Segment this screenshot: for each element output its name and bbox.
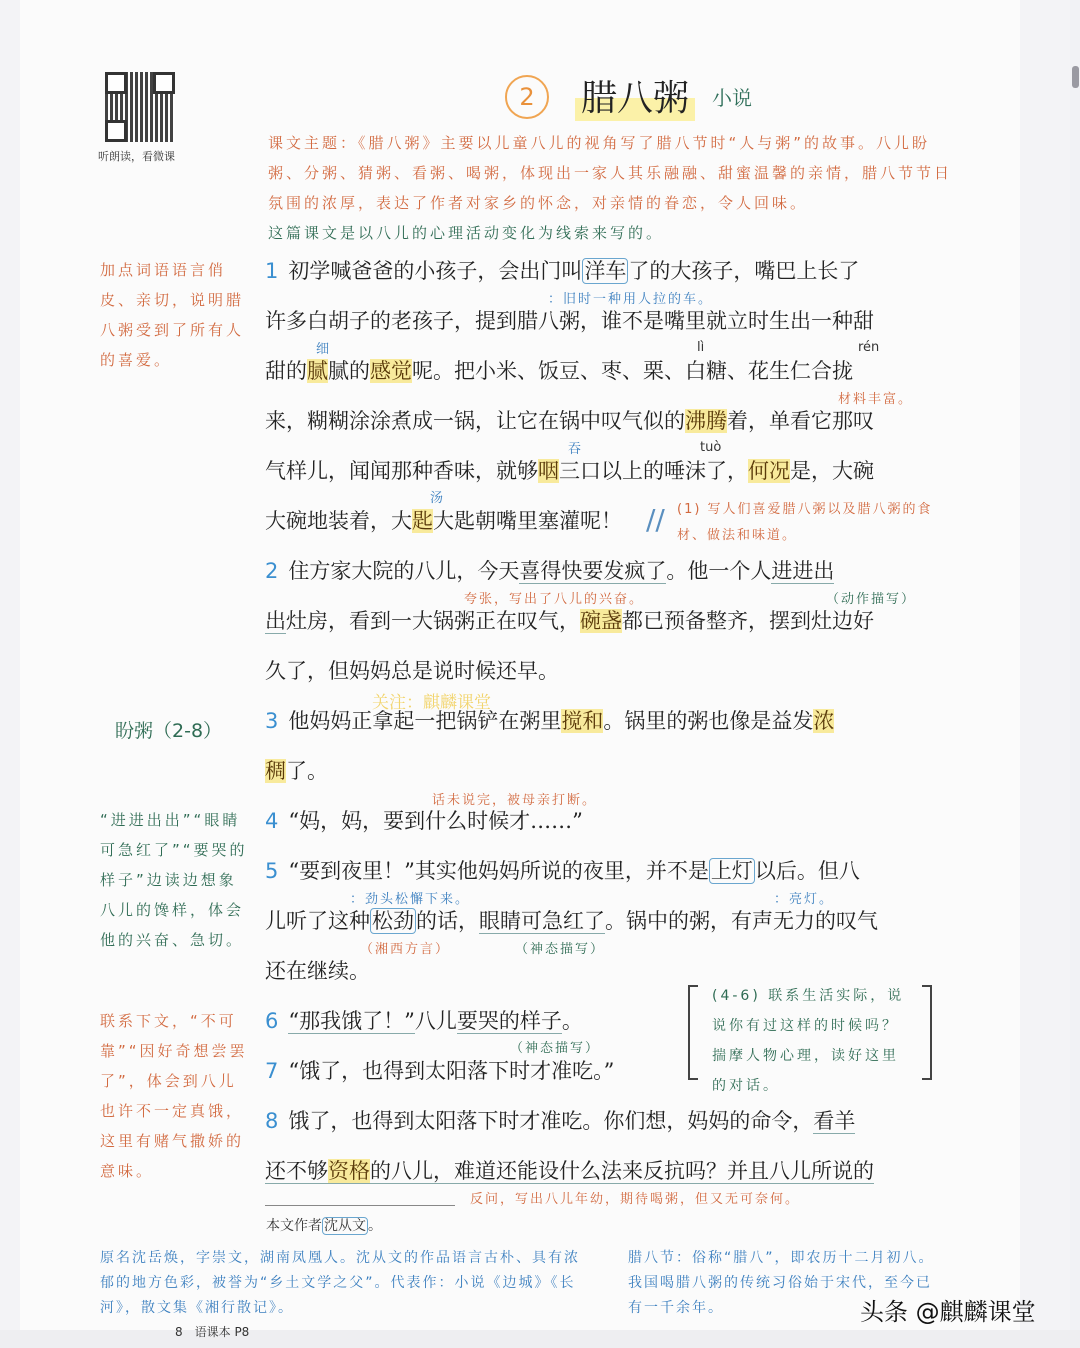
- note-action: （动作描写）: [826, 588, 916, 607]
- highlight-word: 沸腾: [685, 409, 727, 433]
- text: 大匙朝嘴里塞灌呢！: [433, 509, 622, 533]
- underlined-phrase: 进进出: [771, 559, 834, 584]
- text: 着，单看它那叹: [727, 409, 874, 433]
- bottom-band: [0, 1330, 1080, 1348]
- summary-note-1: (1) 写人们喜爱腊八粥以及腊八粥的食材、做法和味道。: [677, 497, 937, 549]
- text: 腻的: [328, 359, 370, 383]
- paragraph-number: 4: [265, 809, 278, 833]
- highlight-word: 搅和: [561, 709, 603, 733]
- underlined-phrase: 要哭的样子: [457, 1009, 562, 1034]
- side-note-1: 加点词语语言俏皮、亲切，说明腊八粥受到了所有人的喜爱。: [100, 255, 250, 375]
- p1-line-3: 甜的腻腻的感觉呢。把小米、饭豆、枣、栗、白糖、花生仁合拢: [265, 346, 930, 396]
- text: 。: [562, 1009, 583, 1033]
- scrollbar[interactable]: [1070, 0, 1080, 1348]
- lesson-title: 腊八粥: [575, 70, 695, 121]
- toutiao-watermark: 头条 @麒麟课堂: [860, 1292, 1036, 1327]
- text: “妈，妈，要到什么时候才……”: [288, 809, 582, 833]
- genre-label: 小说: [712, 82, 752, 111]
- section-label: 盼粥（2-8）: [115, 716, 222, 743]
- author-label: 本文作者: [266, 1218, 322, 1234]
- pinyin-li: lì: [697, 340, 704, 355]
- highlight-word: 浓: [813, 709, 834, 733]
- gloss-shangdeng: ：亮灯。: [774, 888, 834, 907]
- paragraph-number: 5: [265, 859, 278, 883]
- paragraph-6: 6“那我饿了！”八儿要哭的样子。: [265, 996, 695, 1046]
- paragraph-8: 8饿了，也得到太阳落下时才准吃。你们想，妈妈的命令，看羊 还不够资格的八儿，难道…: [265, 1096, 930, 1196]
- p1-line-4: 来，糊糊涂涂煮成一锅，让它在锅中叹气似的沸腾着，单看它那叹: [265, 396, 930, 446]
- gloss-yangche: ：旧时一种用人拉的车。: [548, 288, 713, 307]
- paragraph-7: 7“饿了，也得到太阳落下时才准吃。”: [265, 1046, 695, 1096]
- text: 来，糊糊涂涂煮成一锅，让它在锅中叹气似的: [265, 409, 685, 433]
- underlined-phrase: 的八儿，难道还能设什么法来反抗吗？并且八儿所说的: [370, 1159, 874, 1184]
- p2-line-3: 久了，但妈妈总是说时候还早。: [265, 646, 930, 696]
- theme-note: 课文主题：《腊八粥》主要以儿童八儿的视角写了腊八节时“人与粥”的故事。八儿盼粥、…: [268, 128, 958, 248]
- paragraph-number: 1: [265, 259, 278, 283]
- text: “饿了，也得到太阳落下时才准吃。”: [288, 1059, 614, 1083]
- p6-line: 6“那我饿了！”八儿要哭的样子。: [265, 996, 695, 1046]
- bracket-note-text: (4-6) 联系生活实际，说说你有过这样的时候吗？揣摩人物心理，读好这里的对话。: [712, 981, 912, 1101]
- scroll-thumb[interactable]: [1072, 66, 1079, 88]
- p8-line-1: 8饿了，也得到太阳落下时才准吃。你们想，妈妈的命令，看羊: [265, 1096, 930, 1146]
- footnote-divider: [265, 1205, 455, 1206]
- text: 气样儿，闻闻那种香味，就够: [265, 459, 538, 483]
- highlight-word: 感觉: [370, 359, 412, 383]
- text: 是，大碗: [790, 459, 874, 483]
- section-divider-mark: //: [646, 503, 665, 536]
- highlight-word: 资格: [328, 1159, 370, 1184]
- p3-line-2: 稠了。: [265, 746, 930, 796]
- paragraph-2: 2住方家大院的八儿，今天喜得快要发疯了。他一个人进进出 出灶房，看到一大锅粥正在…: [265, 546, 930, 696]
- p1-line-5: 气样儿，闻闻那种香味，就够咽三口以上的唾沫了，何况是，大碗: [265, 446, 930, 496]
- paragraph-3: 3他妈妈正拿起一把锅铲在粥里搅和。锅里的粥也像是益发浓 稠了。: [265, 696, 930, 796]
- text: 甜的: [265, 359, 307, 383]
- paragraph-number: 6: [265, 1009, 278, 1033]
- ruby-yan: 吞: [568, 438, 583, 457]
- paragraph-number: 7: [265, 1059, 278, 1083]
- text: 初学喊爸爸的小孩子，会出门叫: [288, 259, 582, 283]
- text: 。: [368, 1218, 382, 1234]
- theme-note-text: 课文主题：《腊八粥》主要以儿童八儿的视角写了腊八节时“人与粥”的故事。八儿盼粥、…: [268, 134, 952, 212]
- qr-caption: 听朗读，看微课: [98, 148, 175, 164]
- underlined-phrase: 出: [265, 609, 286, 634]
- paragraph-number: 8: [265, 1109, 278, 1133]
- text: 大碗地装着，大: [265, 509, 412, 533]
- gloss-songjin: ：劲头松懈下来。: [350, 888, 470, 907]
- text: 八儿: [415, 1009, 457, 1033]
- underlined-phrase: “那我饿了！”: [288, 1009, 414, 1034]
- text: 呢。把小米、饭豆、枣、栗、白糖、花生仁合拢: [412, 359, 853, 383]
- highlight-word: 碗盏: [580, 609, 622, 633]
- highlight-word: 稠: [265, 759, 286, 783]
- bracket-note-box: (4-6) 联系生活实际，说说你有过这样的时候吗？揣摩人物心理，读好这里的对话。: [688, 985, 932, 1080]
- text: 。他一个人: [666, 559, 771, 583]
- note-rhetorical: 反问，写出八儿年幼，期待喝粥，但又无可奈何。: [470, 1188, 800, 1207]
- text: 饿了，也得到太阳落下时才准吃。你们想，妈妈的命令，: [288, 1109, 813, 1133]
- text: 三口以上的唾沫了，: [559, 459, 748, 483]
- text: 他妈妈正拿起一把锅铲在粥里: [288, 709, 561, 733]
- underlined-phrase: 眼睛可急红了: [479, 909, 605, 934]
- text: 以后。但八: [755, 859, 860, 883]
- author-line: 本文作者沈从文。: [266, 1215, 382, 1235]
- ruby-bi: 汤: [430, 487, 445, 506]
- boxed-word: 洋车: [582, 258, 628, 284]
- boxed-word: 上灯: [709, 858, 755, 884]
- text: 儿听了这种: [265, 909, 370, 933]
- paragraph-4: 4“妈，妈，要到什么时候才……”: [265, 796, 930, 846]
- paragraph-number: 3: [265, 709, 278, 733]
- pinyin-tuo: tuò: [700, 440, 721, 455]
- underlined-phrase: 喜得快要发疯了: [519, 559, 666, 584]
- ruby-ni: 细: [316, 338, 331, 357]
- highlight-word: 腻: [307, 359, 328, 383]
- note-exaggerate: 夸张，写出了八儿的兴奋。: [464, 588, 644, 607]
- pinyin-ren: rén: [858, 340, 879, 355]
- text: “要到夜里！”其实他妈妈所说的夜里，并不是: [288, 859, 708, 883]
- paragraph-5: 5“要到夜里！”其实他妈妈所说的夜里，并不是上灯以后。但八 儿听了这种松劲的话，…: [265, 846, 930, 996]
- structure-note: 这篇课文是以八儿的心理活动变化为线索来写的。: [268, 224, 664, 242]
- text: 都已预备整齐，摆到灶边好: [622, 609, 874, 633]
- p7-line: 7“饿了，也得到太阳落下时才准吃。”: [265, 1046, 695, 1096]
- underlined-phrase: 还不够: [265, 1159, 328, 1184]
- lesson-number-badge: 2: [505, 75, 549, 119]
- underlined-phrase: 看羊: [813, 1109, 855, 1134]
- text: 住方家大院的八儿，今天: [288, 559, 519, 583]
- text: 。锅里的粥也像是益发: [603, 709, 813, 733]
- note-expression: （神态描写）: [515, 938, 605, 957]
- side-note-3: 联系下文，“不可靠”“因好奇想尝罢了”，体会到八儿也许不一定真饿，这里有赌气撒娇…: [100, 1006, 250, 1186]
- side-note-2: “进进出出”“眼睛可急红了”“要哭的样子”边读边想象八儿的馋样，体会他的兴奋、急…: [100, 805, 250, 955]
- note-material: 材料丰富。: [838, 388, 913, 407]
- page-number: 8 语课本 P8: [175, 1323, 249, 1340]
- text: 灶房，看到一大锅粥正在叹气，: [286, 609, 580, 633]
- boxed-word: 松劲: [370, 908, 416, 934]
- text: 了的大孩子，嘴巴上长了: [628, 259, 859, 283]
- p4-line: 4“妈，妈，要到什么时候才……”: [265, 796, 930, 846]
- text: 了。: [286, 759, 328, 783]
- highlight-word: 咽: [538, 459, 559, 483]
- author-bio: 原名沈岳焕，字崇文，湖南凤凰人。沈从文的作品语言古朴、具有浓郁的地方色彩，被誉为…: [100, 1246, 580, 1321]
- author-name: 沈从文: [322, 1217, 368, 1235]
- qr-code-icon[interactable]: [105, 72, 175, 142]
- text: 。锅中的粥，有声无力的叹气: [605, 909, 878, 933]
- highlight-word: 何况: [748, 459, 790, 483]
- text: 的话，: [416, 909, 479, 933]
- note-dialect: （湘西方言）: [360, 938, 450, 957]
- paragraph-number: 2: [265, 559, 278, 583]
- p3-line-1: 3他妈妈正拿起一把锅铲在粥里搅和。锅里的粥也像是益发浓: [265, 696, 930, 746]
- highlight-word: 匙: [412, 509, 433, 533]
